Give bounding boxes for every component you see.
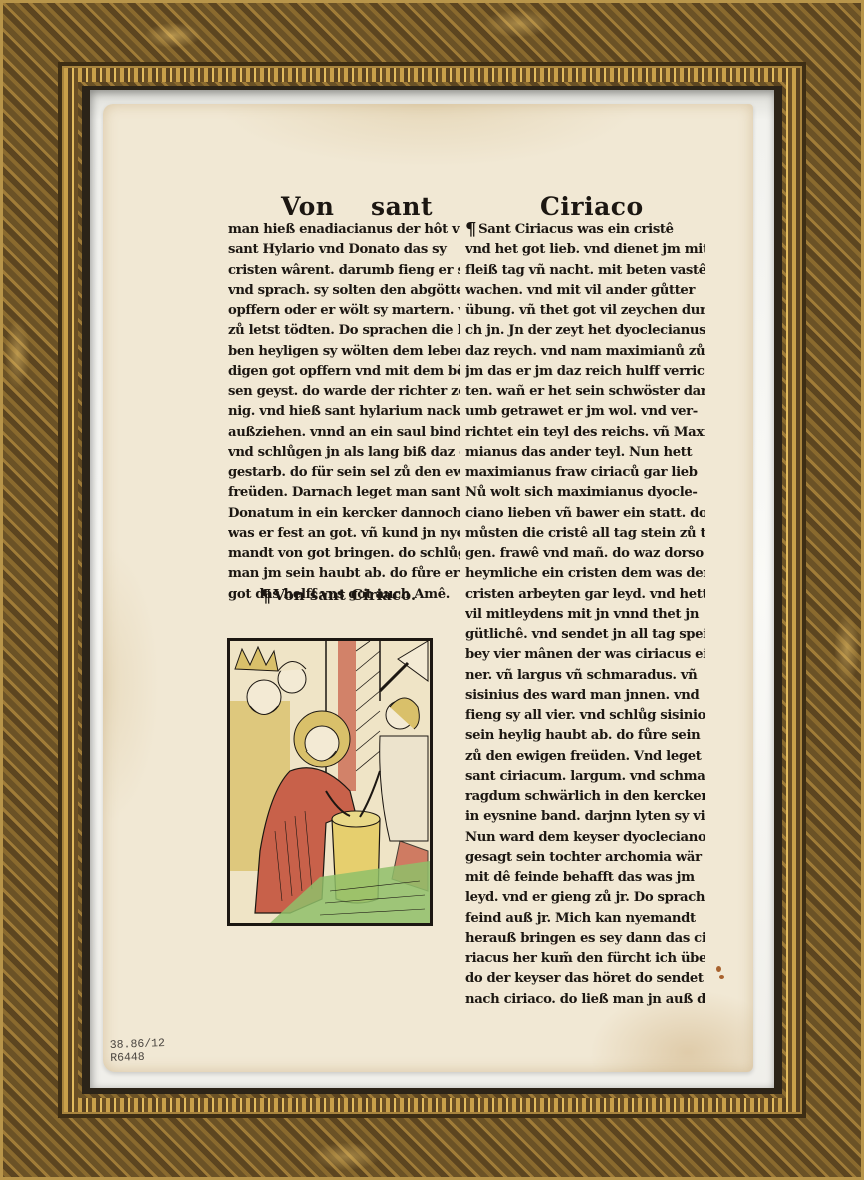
incunabula-leaf: Von sant Ciriaco man hieß enadiacianus d…	[103, 104, 753, 1072]
text-line: gestarb. do für sein sel zů den ewigê	[228, 463, 460, 483]
text-line: vnd het got lieb. vnd dienet jm mit	[465, 240, 705, 260]
text-line: man hieß enadiacianus der hôt vô	[228, 220, 460, 240]
text-line: gesagt sein tochter archomia wär	[465, 848, 705, 868]
text-line: übung. vñ thet got vil zeychen dur	[465, 301, 705, 321]
text-line: ten. wañ er het sein schwöster dar-	[465, 382, 705, 402]
text-line: vil mitleydens mit jn vnnd thet jn	[465, 605, 705, 625]
text-line: digen got opffern vnd mit dem bö-	[228, 362, 460, 382]
text-line: gütlichê. vnd sendet jn all tag speiß	[465, 625, 705, 645]
text-line: was er fest an got. vñ kund jn nye	[228, 524, 460, 544]
text-line: außziehen. vnnd an ein saul binden	[228, 423, 460, 443]
text-line: můsten die cristê all tag stein zů tra	[465, 524, 705, 544]
foxing-spot	[719, 975, 724, 979]
accession-line-2: R6448	[110, 1050, 166, 1065]
text-line: sen geyst. do warde der richter zor-	[228, 382, 460, 402]
pilcrow-icon: ¶	[260, 589, 271, 605]
text-line: man jm sein haubt ab. do fůre er zů	[228, 564, 460, 584]
woodcut-illustration	[230, 641, 430, 923]
text-line: ragdum schwärlich in den kercker	[465, 787, 705, 807]
text-line: sein heylig haubt ab. do fůre sein sel	[465, 726, 705, 746]
running-head-left-1: Von	[281, 192, 334, 221]
text-line: do der keyser das höret do sendet er	[465, 969, 705, 989]
text-line: mandt von got bringen. do schlůg	[228, 544, 460, 564]
section-heading: ¶Von sant Ciriaco.	[260, 586, 416, 605]
running-head-left-2: sant	[371, 192, 433, 221]
text-line: mit dê feinde behafft das was jm	[465, 868, 705, 888]
text-line: ciano lieben vñ bawer ein statt. do	[465, 504, 705, 524]
text-line: zů den ewigen freüden. Vnd leget	[465, 747, 705, 767]
text-line: Donatum in ein kercker dannocht	[228, 504, 460, 524]
text-line: freüden. Darnach leget man sant	[228, 483, 460, 503]
text-line: fieng sy all vier. vnd schlůg sisinio	[465, 706, 705, 726]
ornate-gilt-frame: Von sant Ciriaco man hieß enadiacianus d…	[0, 0, 864, 1180]
text-line: umb getrawet er jm wol. vnd ver-	[465, 402, 705, 422]
text-column-left: man hieß enadiacianus der hôt vô sant Hy…	[228, 220, 460, 605]
text-line: Nun ward dem keyser dyocleciano	[465, 828, 705, 848]
text-line: herauß bringen es sey dann das ci-	[465, 929, 705, 949]
text-line: feind auß jr. Mich kan nyemandt	[465, 909, 705, 929]
text-line: nach ciriaco. do ließ man jn auß dê	[465, 990, 705, 1010]
text-line: maximianus fraw ciriaců gar lieb	[465, 463, 705, 483]
text-line: fleiß tag vñ nacht. mit beten vastê	[465, 261, 705, 281]
text-line: ben heyligen sy wölten dem leben-	[228, 342, 460, 362]
text-line: in eysnine band. darjnn lyten sy vil	[465, 807, 705, 827]
text-line: vnd schlůgen jn als lang biß daz er	[228, 443, 460, 463]
text-line: opffern oder er wölt sy martern. vñ	[228, 301, 460, 321]
text-line: ¶Sant Ciriacus was ein cristê	[465, 220, 705, 240]
accession-line-1: 38.86/12	[110, 1037, 166, 1052]
text-line: sant ciriacum. largum. vnd schma-	[465, 767, 705, 787]
text-line: sisinius des ward man jnnen. vnd	[465, 686, 705, 706]
text-line: nig. vnd hieß sant hylarium nacket	[228, 402, 460, 422]
pilcrow-icon: ¶	[465, 222, 476, 238]
accession-number-note: 38.86/12 R6448	[110, 1037, 166, 1065]
text-line-content: Sant Ciriacus was ein cristê	[478, 222, 674, 237]
text-line: cristen arbeyten gar leyd. vnd hett	[465, 585, 705, 605]
hand-colored-woodcut	[227, 638, 433, 926]
text-line: ch jn. Jn der zeyt het dyoclecianus	[465, 321, 705, 341]
text-line: daz reych. vnd nam maximianů zů	[465, 342, 705, 362]
text-column-right: ¶Sant Ciriacus was ein cristê vnd het go…	[465, 220, 705, 1010]
text-line: gen. frawê vnd mañ. do waz dorso	[465, 544, 705, 564]
text-line: mianus das ander teyl. Nun hett	[465, 443, 705, 463]
section-heading-text: Von sant Ciriaco.	[273, 586, 416, 604]
text-line: vnd sprach. sy solten den abgöttern	[228, 281, 460, 301]
text-line: heymliche ein cristen dem was der	[465, 564, 705, 584]
text-line: bey vier mânen der was ciriacus ei	[465, 645, 705, 665]
text-line: sant Hylario vnd Donato das sy	[228, 240, 460, 260]
foxing-spot	[716, 966, 721, 972]
text-line: leyd. vnd er gieng zů jr. Do sprach ð	[465, 888, 705, 908]
text-line: ner. vñ largus vñ schmaradus. vñ	[465, 666, 705, 686]
text-line: zů letst tödten. Do sprachen die lie-	[228, 321, 460, 341]
text-line: Nů wolt sich maximianus dyocle-	[465, 483, 705, 503]
text-line: cristen wârent. darumb fieng er sy	[228, 261, 460, 281]
text-line: jm das er jm daz reich hulff verrich	[465, 362, 705, 382]
text-line: richtet ein teyl des reichs. vñ Maxi	[465, 423, 705, 443]
text-line: wachen. vnd mit vil ander gůtter	[465, 281, 705, 301]
text-line: riacus her kum̃ den fürcht ich übel	[465, 949, 705, 969]
running-head-right: Ciriaco	[540, 192, 644, 221]
